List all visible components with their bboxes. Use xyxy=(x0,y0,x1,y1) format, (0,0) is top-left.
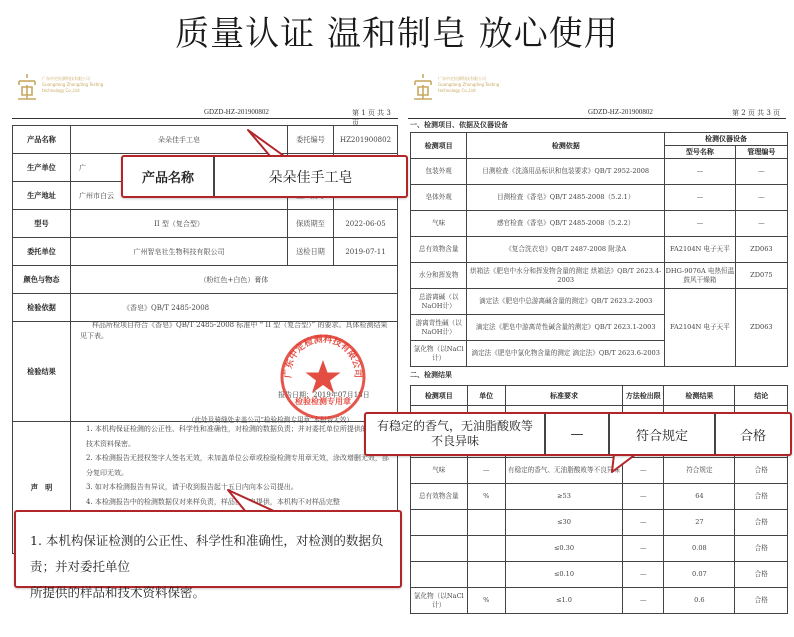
page-number: 第 2 页 共 3 页 xyxy=(732,108,780,118)
logo-mark-icon xyxy=(412,72,434,102)
table-row: 水分和挥发物 烘箱法《肥皂中水分和挥发物含量的测定 烘箱法》QB/T 2623.… xyxy=(411,263,788,289)
callout-product-value: 朵朵佳手工皂 xyxy=(215,157,406,196)
value-commission-no: HZ201900802 xyxy=(334,126,398,154)
header-rule xyxy=(12,118,398,119)
callout-odor-req: 有稳定的香气，无油脂酸败等不良异味 xyxy=(366,414,544,454)
callout-odor-verdict: 合格 xyxy=(716,414,790,454)
label-product-name: 产品名称 xyxy=(13,126,71,154)
report-number: GDZD-HZ-201900802 xyxy=(204,108,269,116)
section-title-equipment: 一、检测项目、依据及仪器设备 xyxy=(410,120,508,130)
label-basis: 检验依据 xyxy=(13,294,71,322)
callout-pointer-product xyxy=(240,128,290,158)
table-row: ≤0.10 — 0.07 合格 xyxy=(411,562,788,588)
label-color: 颜色与物态 xyxy=(13,266,71,294)
declaration-item: 1. 本机构保证检测的公正性、科学性和准确性，对检测的数据负责；并对委托单位所提… xyxy=(86,422,392,451)
table-row: ≤30 — 27 合格 xyxy=(411,510,788,536)
logo-company-en-2: technology Co.,Ltd xyxy=(438,88,499,94)
page-headline: 质量认证 温和制皂 放心使用 xyxy=(0,6,794,55)
label-address: 生产地址 xyxy=(13,182,71,210)
label-producer: 生产单位 xyxy=(13,154,71,182)
label-commission-no: 委托编号 xyxy=(288,126,334,154)
table-row: 总有效物含量 《复合洗衣皂》QB/T 2487-2008 附录A FA2104N… xyxy=(411,237,788,263)
label-model: 型号 xyxy=(13,210,71,238)
report-number: GDZD-HZ-201900802 xyxy=(588,108,653,116)
logo-mark-icon xyxy=(16,72,38,102)
table-row: 氯化物（以NaCl计） % ≤1.0 — 0.6 合格 xyxy=(411,588,788,614)
col-basis: 检测依据 xyxy=(467,133,665,159)
equipment-table: 检测项目 检测依据 检测仪器设备 型号名称 管理编号 包装外观 目测检查《洗涤用… xyxy=(410,132,788,367)
col-equipment: 检测仪器设备 xyxy=(665,133,788,146)
col-item: 检测项目 xyxy=(411,133,467,159)
report-page-2: 广东中定检测科技有限公司 Guangdong Zhongding Testing… xyxy=(404,68,790,612)
label-shelf-life: 保质期至 xyxy=(288,210,334,238)
section-title-results: 二、检测结果 xyxy=(410,370,452,380)
logo-company-en-2: technology Co.,Ltd xyxy=(42,88,103,94)
table-row: 包装外观 目测检查《洗涤用品标识和包装要求》QB/T 2952-2008 — — xyxy=(411,159,788,185)
table-row: 气味 感官检查《香皂》QB/T 2485-2008（5.2.2） — — xyxy=(411,211,788,237)
table-row: ≤0.30 — 0.08 合格 xyxy=(411,536,788,562)
value-model: II 型（复合型） xyxy=(71,210,288,238)
callout-odor-result: 有稳定的香气，无油脂酸败等不良异味 — 符合规定 合格 xyxy=(364,412,792,456)
official-seal-icon: 检验检测专用章 广东中定检测科技有限公司 xyxy=(278,332,368,422)
callout-product-name: 产品名称 朵朵佳手工皂 xyxy=(121,155,408,198)
table-row: 总有效物含量 % ≥53 — 64 合格 xyxy=(411,484,788,510)
value-client: 广州智皂社生物科技有限公司 xyxy=(71,238,288,266)
callout-declaration: 1. 本机构保证检测的公正性、科学性和准确性，对检测的数据负责；并对委托单位 所… xyxy=(14,510,402,588)
value-color: （粉红色+白色）膏体 xyxy=(71,266,398,294)
col-model: 型号名称 xyxy=(665,146,736,159)
callout-odor-limit: — xyxy=(546,414,608,454)
label-result: 检验结果 xyxy=(13,322,71,422)
label-send-date: 送检日期 xyxy=(288,238,334,266)
value-basis: 《香皂》QB/T 2485-2008 xyxy=(71,294,398,322)
header-rule xyxy=(408,118,786,119)
company-logo: 广东中定检测科技有限公司 Guangdong Zhongding Testing… xyxy=(412,72,499,102)
callout-declaration-line: 1. 本机构保证检测的公正性、科学性和准确性，对检测的数据负责；并对委托单位 xyxy=(30,528,400,580)
svg-text:检验检测专用章: 检验检测专用章 xyxy=(295,396,351,406)
declaration-item: 2. 本检测报告无授权签字人签名无效，未加盖单位公章或检验检测专用章无效，涂改增… xyxy=(86,451,392,480)
value-shelf-life: 2022-06-05 xyxy=(334,210,398,238)
table-row: 气味 — 有稳定的香气、无油脂酸败等不良异味 — 符合规定 合格 xyxy=(411,458,788,484)
callout-product-label: 产品名称 xyxy=(123,157,213,196)
callout-odor-result-value: 符合规定 xyxy=(610,414,714,454)
company-logo: 广东中定检测科技有限公司 Guangdong Zhongding Testing… xyxy=(16,72,103,102)
callout-declaration-line: 所提供的样品和技术资料保密。 xyxy=(30,580,400,606)
table-row: 皂体外观 目测检查《香皂》QB/T 2485-2008（5.2.1） — — xyxy=(411,185,788,211)
value-send-date: 2019-07-11 xyxy=(334,238,398,266)
label-client: 委托单位 xyxy=(13,238,71,266)
col-code: 管理编号 xyxy=(735,146,787,159)
table-row: 总游离碱（以NaOH计） 滴定法《肥皂中总游离碱含量的测定》QB/T 2623.… xyxy=(411,289,788,315)
